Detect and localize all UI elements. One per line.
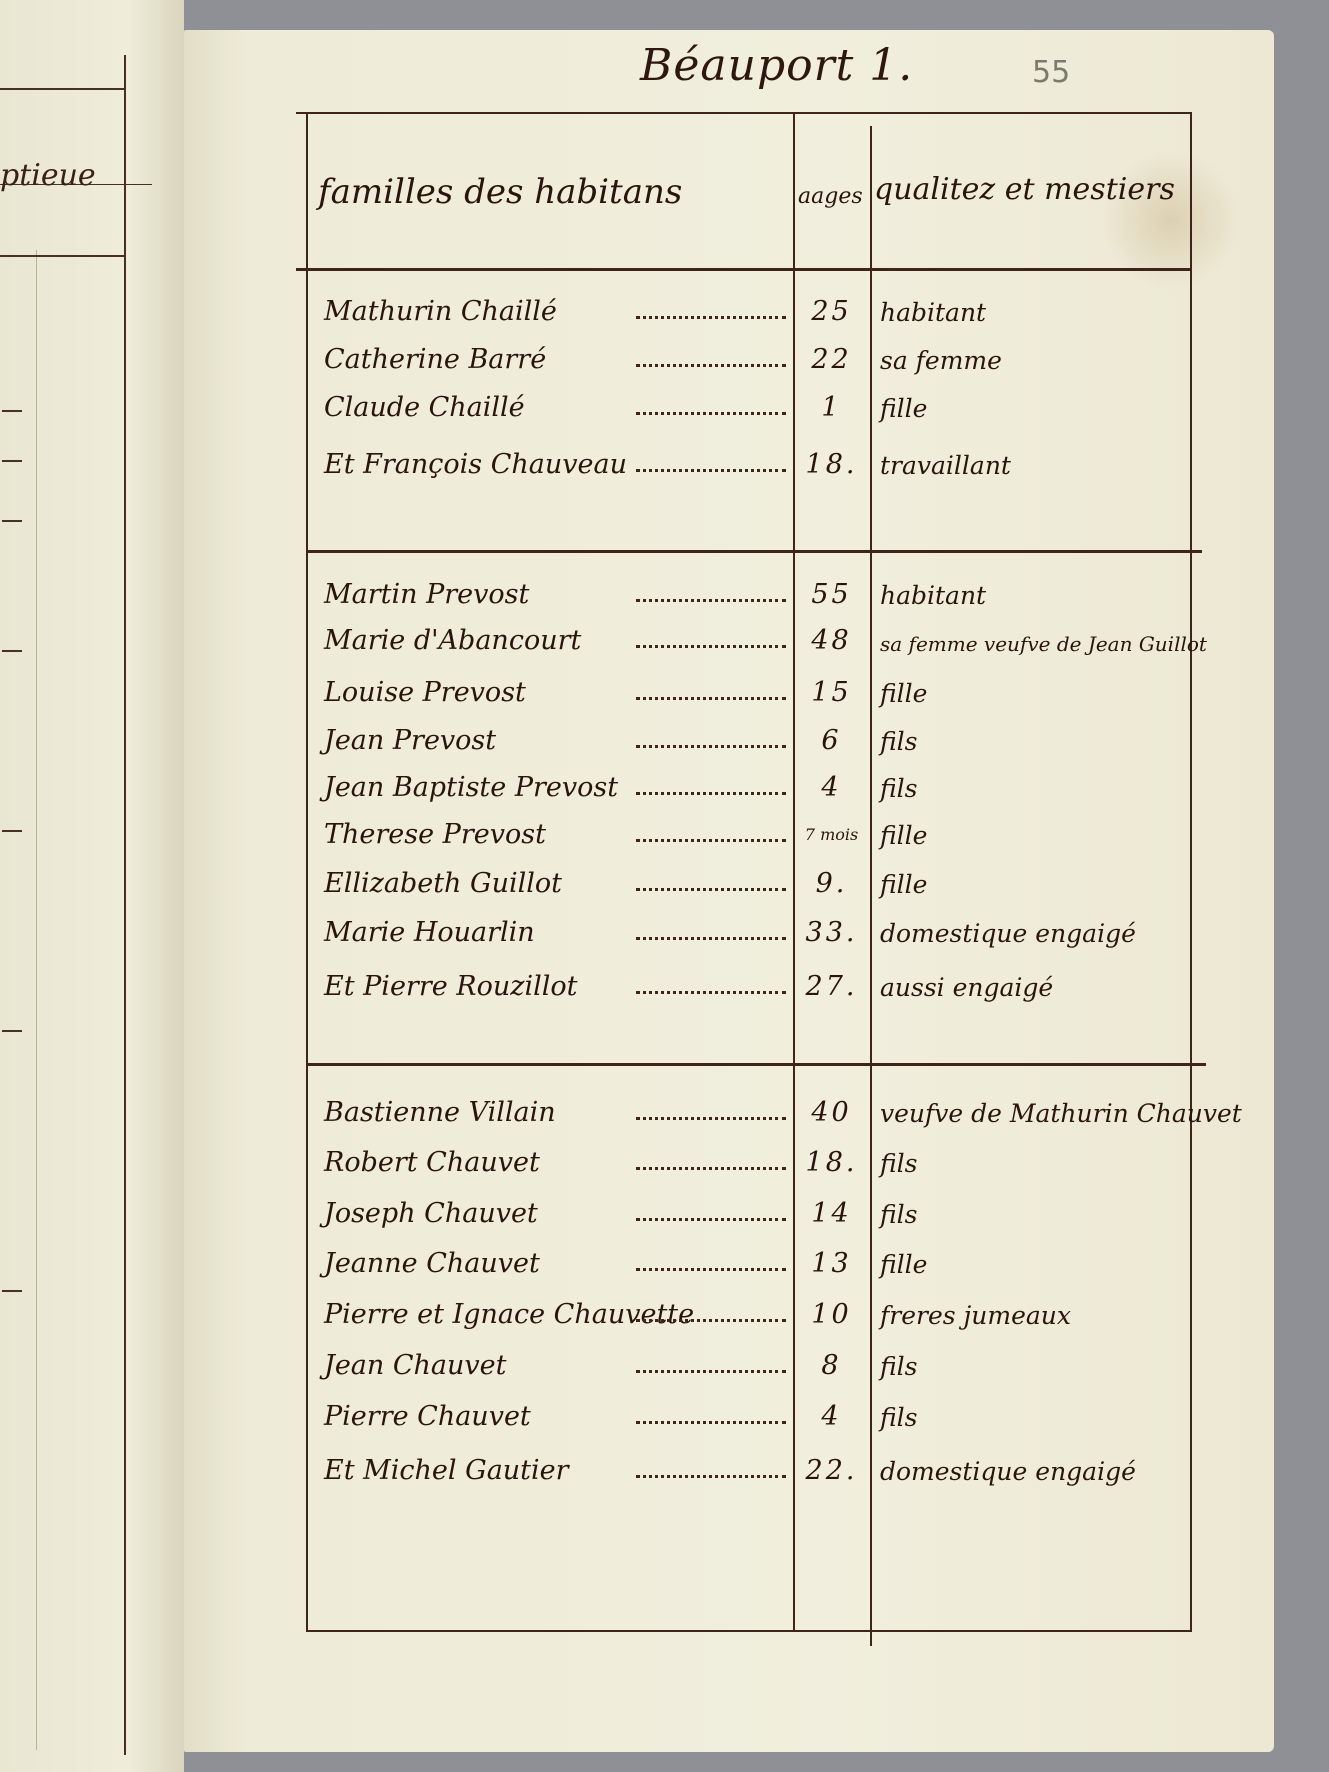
left-page-ink-mark xyxy=(2,830,22,832)
dot-leader xyxy=(636,745,786,748)
person-age: 18. xyxy=(793,1147,870,1178)
left-page-rule xyxy=(0,255,124,257)
dot-leader xyxy=(636,1117,786,1120)
dot-leader xyxy=(636,1421,786,1424)
table-row: Et François Chauveau 18. travaillant xyxy=(306,440,1192,486)
dot-leader xyxy=(636,792,786,795)
folio-number: 55 xyxy=(1032,55,1070,90)
person-quality: fille xyxy=(880,870,927,899)
person-name: Louise Prevost xyxy=(324,677,526,708)
left-page-ink-mark xyxy=(2,650,22,652)
person-age: 48 xyxy=(793,625,870,656)
person-quality: domestique engaigé xyxy=(880,919,1136,948)
census-table: familles des habitans aages qualitez et … xyxy=(306,112,1192,1632)
person-quality: sa femme xyxy=(880,346,1002,375)
household-separator xyxy=(306,550,1202,553)
dot-leader xyxy=(636,1167,786,1170)
person-age: 40 xyxy=(793,1097,870,1128)
person-name: Robert Chauvet xyxy=(324,1147,540,1178)
person-age: 25 xyxy=(793,296,870,327)
table-row: Robert Chauvet 18. fils xyxy=(306,1138,1192,1184)
person-name: Et Pierre Rouzillot xyxy=(324,971,578,1002)
table-row: Louise Prevost 15 fille xyxy=(306,668,1192,714)
left-page-ink-mark xyxy=(2,1290,22,1292)
table-bottom-border xyxy=(306,1630,1192,1632)
table-row: Joseph Chauvet 14 fils xyxy=(306,1189,1192,1235)
table-row: Bastienne Villain 40 veufve de Mathurin … xyxy=(306,1088,1192,1134)
person-quality: habitant xyxy=(880,298,986,327)
person-name: Claude Chaillé xyxy=(324,392,525,423)
person-quality: fille xyxy=(880,821,927,850)
table-row: Marie d'Abancourt 48 sa femme veufve de … xyxy=(306,616,1192,662)
table-row: Mathurin Chaillé 25 habitant xyxy=(306,287,1192,333)
table-row: Jeanne Chauvet 13 fille xyxy=(306,1239,1192,1285)
person-age: 9. xyxy=(793,868,870,899)
dot-leader xyxy=(636,697,786,700)
dot-leader xyxy=(636,364,786,367)
table-row: Therese Prevost 7 mois fille xyxy=(306,810,1192,856)
table-row: Catherine Barré 22 sa femme xyxy=(306,335,1192,381)
person-age: 27. xyxy=(793,971,870,1002)
header-names: familles des habitans xyxy=(318,172,682,212)
left-page-ink-mark xyxy=(2,410,22,412)
person-name: Martin Prevost xyxy=(324,579,529,610)
left-page-faint-rule xyxy=(36,250,37,1750)
dot-leader xyxy=(636,1268,786,1271)
dot-leader xyxy=(636,937,786,940)
table-row: Jean Prevost 6 fils xyxy=(306,716,1192,762)
person-name: Et Michel Gautier xyxy=(324,1455,569,1486)
person-name: Mathurin Chaillé xyxy=(324,296,557,327)
person-quality: domestique engaigé xyxy=(880,1457,1136,1486)
person-age: 4 xyxy=(793,1401,870,1432)
person-name: Jean Chauvet xyxy=(324,1350,507,1381)
table-row: Et Michel Gautier 22. domestique engaigé xyxy=(306,1446,1192,1492)
dot-leader xyxy=(636,1370,786,1373)
person-quality: habitant xyxy=(880,581,986,610)
person-age: 1 xyxy=(793,392,870,423)
person-age: 55 xyxy=(793,579,870,610)
dot-leader xyxy=(636,839,786,842)
person-name: Marie d'Abancourt xyxy=(324,625,581,656)
dot-leader xyxy=(636,888,786,891)
person-name: Catherine Barré xyxy=(324,344,546,375)
person-name: Et François Chauveau xyxy=(324,449,627,480)
left-page-heading-fragment: ptieue xyxy=(0,158,96,193)
table-row: Ellizabeth Guillot 9. fille xyxy=(306,859,1192,905)
dot-leader xyxy=(636,645,786,648)
person-name: Jeanne Chauvet xyxy=(324,1248,540,1279)
left-page-ink-mark xyxy=(2,1030,22,1032)
person-age: 22 xyxy=(793,344,870,375)
person-age: 15 xyxy=(793,677,870,708)
person-quality: freres jumeaux xyxy=(880,1301,1071,1330)
table-row: Claude Chaillé 1 fille xyxy=(306,383,1192,429)
person-age: 10 xyxy=(793,1299,870,1330)
dot-leader xyxy=(636,599,786,602)
person-age: 18. xyxy=(793,449,870,480)
person-age: 13 xyxy=(793,1248,870,1279)
dot-leader xyxy=(636,991,786,994)
table-row: Pierre Chauvet 4 fils xyxy=(306,1392,1192,1438)
person-quality: fils xyxy=(880,774,918,803)
person-quality: fils xyxy=(880,1149,918,1178)
person-quality: fille xyxy=(880,679,927,708)
person-name: Joseph Chauvet xyxy=(324,1198,538,1229)
dot-leader xyxy=(636,469,786,472)
person-quality: fils xyxy=(880,1403,918,1432)
dot-leader xyxy=(636,1218,786,1221)
household-separator xyxy=(306,1063,1206,1066)
left-page-column-rule xyxy=(124,55,126,1755)
person-name: Pierre et Ignace Chauvette xyxy=(324,1299,694,1330)
header-age: aages xyxy=(798,184,863,209)
person-name: Jean Baptiste Prevost xyxy=(324,772,618,803)
dot-leader xyxy=(636,412,786,415)
table-row: Jean Chauvet 8 fils xyxy=(306,1341,1192,1387)
person-quality: travaillant xyxy=(880,451,1011,480)
person-quality: fille xyxy=(880,1250,927,1279)
table-top-border xyxy=(296,112,1192,114)
person-name: Pierre Chauvet xyxy=(324,1401,531,1432)
person-name: Marie Houarlin xyxy=(324,917,535,948)
dot-leader xyxy=(636,1475,786,1478)
person-name: Bastienne Villain xyxy=(324,1097,556,1128)
person-age: 14 xyxy=(793,1198,870,1229)
person-name: Jean Prevost xyxy=(324,725,496,756)
person-quality: sa femme veufve de Jean Guillot xyxy=(880,632,1207,656)
person-name: Ellizabeth Guillot xyxy=(324,868,562,899)
left-page-ink-mark xyxy=(2,460,22,462)
person-age: 6 xyxy=(793,725,870,756)
table-row: Marie Houarlin 33. domestique engaigé xyxy=(306,908,1192,954)
table-row: Et Pierre Rouzillot 27. aussi engaigé xyxy=(306,962,1192,1008)
person-quality: fils xyxy=(880,727,918,756)
dot-leader xyxy=(636,316,786,319)
left-facing-page: ptieue xyxy=(0,0,184,1772)
person-age: 7 mois xyxy=(793,825,870,844)
person-age: 22. xyxy=(793,1455,870,1486)
person-age: 4 xyxy=(793,772,870,803)
person-name: Therese Prevost xyxy=(324,819,546,850)
left-page-ink-mark xyxy=(2,520,22,522)
table-row: Martin Prevost 55 habitant xyxy=(306,570,1192,616)
person-age: 33. xyxy=(793,917,870,948)
person-age: 8 xyxy=(793,1350,870,1381)
person-quality: fille xyxy=(880,394,927,423)
person-quality: aussi engaigé xyxy=(880,973,1053,1002)
table-row: Pierre et Ignace Chauvette 10 freres jum… xyxy=(306,1290,1192,1336)
person-quality: fils xyxy=(880,1352,918,1381)
header-quality: qualitez et mestiers xyxy=(874,172,1175,207)
table-row: Jean Baptiste Prevost 4 fils xyxy=(306,763,1192,809)
left-page-rule xyxy=(0,88,124,90)
person-quality: veufve de Mathurin Chauvet xyxy=(880,1099,1242,1128)
page-title: Béauport 1. xyxy=(640,40,913,91)
header-separator xyxy=(296,268,1192,271)
dot-leader xyxy=(636,1319,786,1322)
person-quality: fils xyxy=(880,1200,918,1229)
